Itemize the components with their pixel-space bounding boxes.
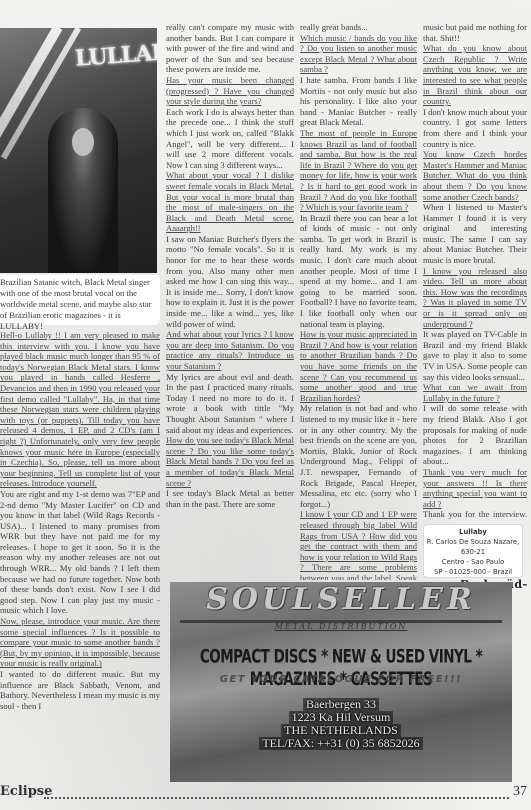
interview-answer: I saw on Maniac Butcher's flyers the mot… [166, 234, 294, 329]
interview-answer: I see today's Black Metal as better than… [166, 488, 294, 509]
interview-answer: You are right and my 1-st demo was 7"EP … [0, 489, 160, 616]
ad-subtitle: METAL DISTRIBUTION [170, 622, 512, 631]
photo-caption: Brazilian Satanic witch, Black Metal sin… [0, 275, 160, 325]
page-footer: Eclipse 37 [0, 784, 531, 804]
interview-answer: I wanted to do different music. But my i… [0, 669, 160, 711]
interview-answer: Each work I do is always better than the… [166, 107, 294, 171]
interview-answer: My lyrics are about evil and death. In t… [166, 372, 294, 436]
interview-answer: My relation is not bad and who listened … [300, 403, 417, 509]
lullaby-photo: LULLABY [0, 28, 157, 273]
magazine-page: LULLABY Brazilian Satanic witch, Black M… [0, 0, 531, 810]
ad-brand: SOULSELLER [170, 582, 512, 617]
band-logo: LULLABY [74, 38, 157, 71]
contact-name: Lullaby [424, 527, 522, 537]
interview-question: What can we await from Lullaby in the fu… [423, 382, 527, 403]
singer-face [72, 128, 94, 156]
interview-answer: When I listened to Master's Hammer I fou… [423, 202, 527, 266]
article-column-3: really great bands...Which music / bands… [300, 22, 417, 580]
interview-question: I know I your CD and 1 EP were released … [300, 509, 417, 580]
interview-question: Thank you very much for your answers !! … [423, 467, 527, 509]
contact-address-box: Lullaby R. Carlos De Souza Nazare, 630-2… [423, 524, 523, 578]
interview-answer: Thank you for the interview. Who is inte… [423, 509, 527, 522]
interview-answer: music but paid me nothing for that. Shit… [423, 22, 527, 43]
interview-question: Has your music been changed (progressed)… [166, 75, 294, 107]
interview-question: Which music / bands do you like ? Do you… [300, 33, 417, 75]
interview-question: And what about your lyrics ? I know you … [166, 329, 294, 371]
interview-question: You know Czech hordes Master's Hammer an… [423, 149, 527, 202]
page-number: 37 [513, 784, 527, 800]
contact-number: 630-21 [424, 547, 522, 557]
interview-question: How is your music appreciated in Brazil … [300, 329, 417, 403]
interview-answer: really can't compare my music with anoth… [166, 22, 294, 75]
contact-district: Centro - Sao Paulo [424, 557, 522, 567]
ad-address: Baerbergen 33 1223 Ka Hil Versum THE NET… [170, 698, 512, 750]
contact-street: R. Carlos De Souza Nazare, [424, 537, 522, 547]
interview-answer: I will do some release with my friend Bl… [423, 403, 527, 467]
interview-answer: In Brazil there you can hear a lot of ki… [300, 213, 417, 330]
contact-postal: SP - 01025-000 - Brazil [424, 567, 522, 577]
ad-phone: TEL/FAX: ++31 (0) 35 6852026 [259, 737, 422, 750]
article-column-2: really can't compare my music with anoth… [166, 22, 294, 580]
soulseller-advertisement: SOULSELLER METAL DISTRIBUTION COMPACT DI… [170, 582, 512, 782]
article-column-4: music but paid me nothing for that. Shit… [423, 22, 527, 522]
interview-question: How do you see today's Black Metal scene… [166, 435, 294, 488]
interview-question: What about your vocal ? I dislike sweet … [166, 170, 294, 234]
interview-answer: It was played on TV-Cable in Brazil and … [423, 329, 527, 382]
ad-offer: GET YOUR CATALOGUE FOR FREE!!! [170, 674, 512, 685]
interview-answer: I hate samba. From bands I like Mortiis … [300, 75, 417, 128]
article-column-1: Hell-o Lullaby !! I am very pleased to m… [0, 330, 160, 782]
dotted-leader [44, 797, 509, 799]
interview-question: Hell-o Lullaby !! I am very pleased to m… [0, 330, 160, 489]
interview-answer: really great bands... [300, 22, 417, 33]
interview-question: I know you released also video. Tell us … [423, 266, 527, 330]
interview-question: Now, please, introduce your music. Are t… [0, 616, 160, 669]
interview-question: The most of people in Europe knows Brazi… [300, 128, 417, 213]
interview-answer: I don't know much about your country. I … [423, 107, 527, 149]
interview-question: What do you know about Czech Republic ? … [423, 43, 527, 107]
